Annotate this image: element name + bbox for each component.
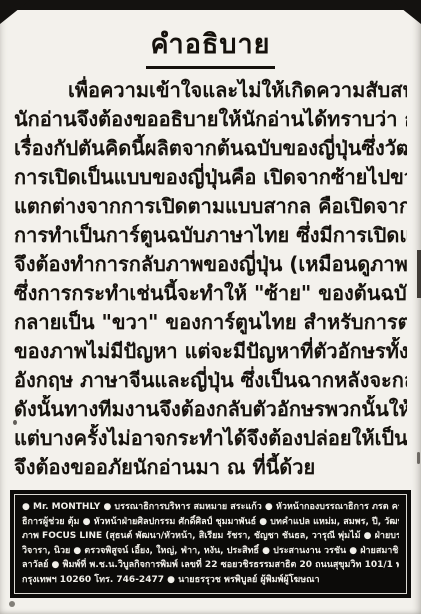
body-line: กลายเป็น "ขวา" ของการ์ตูนไทย สำหรับการต่… (14, 308, 407, 337)
colophon-line: กรุงเทพฯ 10260 โทร. 746-2477 ● นายธรรุวช… (22, 573, 399, 588)
body-line: อังกฤษ ภาษาจีนและญี่ปุ่น ซึ่งเป็นฉากหลัง… (14, 366, 407, 395)
body-line: จึงต้องทำการกลับภาพของญี่ปุ่น (เหมือนดูภ… (14, 250, 407, 279)
colophon-box: ● Mr. MONTHLY ● บรรณาธิการบริหาร สมหมาย … (10, 490, 411, 598)
body-line: ดังนั้นทางทีมงานจึงต้องกลับตัวอักษรพวกนั… (14, 395, 407, 424)
scan-artifact (417, 250, 421, 298)
page-title: คำอธิบาย (146, 22, 274, 69)
body-line: การทำเป็นการ์ตูนฉบับภาษาไทย ซึ่งมีการเปิ… (14, 221, 407, 250)
colophon-line: ● Mr. MONTHLY ● บรรณาธิการบริหาร สมหมาย … (22, 500, 399, 515)
body-line: ของภาพไม่มีปัญหา แต่จะมีปัญหาที่ตัวอักษร… (14, 337, 407, 366)
body-line: เพื่อความเข้าใจและไม่ให้เกิดความสับสนแก่ (14, 76, 407, 105)
body-line: แต่บางครั้งไม่อาจกระทำได้จึงต้องปล่อยให้… (14, 424, 407, 453)
scanned-page: คำอธิบาย เพื่อความเข้าใจและไม่ให้เกิดควา… (0, 0, 421, 614)
scan-artifact (9, 601, 15, 607)
body-text: เพื่อความเข้าใจและไม่ให้เกิดความสับสนแก่… (0, 76, 421, 482)
colophon-line: ลาวัลย์ ● พิมพ์ที่ พ.ช.น.วิบูลกิจการพิมพ… (22, 558, 399, 573)
body-line: เรื่องกัปตันคิดนี้ผลิตจากต้นฉบับของญี่ปุ… (14, 134, 407, 163)
scan-edge-top (0, 0, 421, 10)
scan-artifact (417, 452, 420, 464)
body-line: ซึ่งการกระทำเช่นนี้จะทำให้ "ซ้าย" ของต้น… (14, 279, 407, 308)
scan-edge-corner-right (391, 0, 421, 24)
body-line: แตกต่างจากการเปิดตามแบบสากล คือเปิดจากขว… (14, 192, 407, 221)
scan-artifact (13, 420, 17, 425)
body-line: นักอ่านจึงต้องขออธิบายให้นักอ่านได้ทราบว… (14, 105, 407, 134)
page-title-wrap: คำอธิบาย (0, 22, 421, 69)
colophon-line: วิจารา, นิวย ● ตรวจพิสูจน์ เอี้ยง, ใหญ่,… (22, 544, 399, 559)
colophon-line: ธิการผู้ช่วย ตุ้ม ● หัวหน้าฝ่ายศิลปกรรม … (22, 515, 399, 530)
body-line: จึงต้องขออภัยนักอ่านมา ณ ที่นี้ด้วย (14, 453, 407, 482)
scan-edge-corner-left (0, 0, 30, 24)
body-line: การเปิดเป็นแบบของญี่ปุ่นคือ เปิดจากซ้ายไ… (14, 163, 407, 192)
colophon-line: ภาพ FOCUS LINE (สุธนต์ พัฒนา/หัวหน้า, สิ… (22, 529, 399, 544)
